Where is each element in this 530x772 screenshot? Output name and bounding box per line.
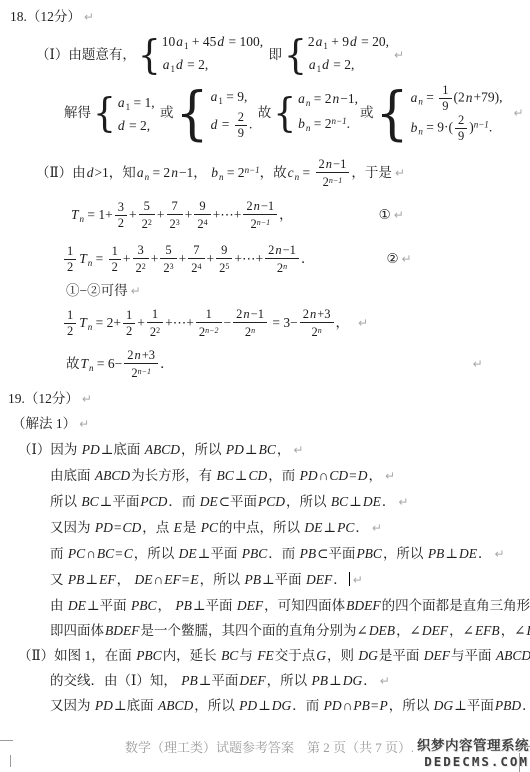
text-run: 2 <box>127 348 133 362</box>
cases-row: 2a1 + 9d = 20, <box>308 33 389 55</box>
math-superscript: 3 <box>176 218 180 227</box>
text-run: 所以 <box>50 494 80 509</box>
math-variable: BDEF <box>345 598 382 613</box>
text-run: ． <box>333 572 347 587</box>
math-superscript: 2 <box>142 262 146 271</box>
text-run: ，所以 <box>200 572 244 587</box>
math-variable: DE <box>362 494 382 509</box>
fraction-denominator: 2n−1 <box>243 215 277 231</box>
cases-rows: an = 19(2n+79),bn = 9·(29)n−1. <box>410 84 503 143</box>
text-run: ，所以 <box>134 546 178 561</box>
math-variable: PCD <box>257 494 286 509</box>
math-variable: DE <box>133 572 153 587</box>
math-variable: DG <box>271 698 293 713</box>
fraction-numerator: 2 <box>235 111 247 126</box>
text-run: （Ⅰ）由题意有， <box>36 47 136 62</box>
text-run: 7 <box>172 199 178 213</box>
fraction: 723 <box>167 200 183 231</box>
fraction: 2n+32n−1 <box>124 349 158 380</box>
math-variable: C <box>123 546 134 561</box>
doc-line: ①−②可得↵ <box>66 282 530 300</box>
text-run: 9 <box>458 129 464 143</box>
text-run: = 100, <box>225 34 263 49</box>
text-run: ， <box>279 207 293 222</box>
text-run: = <box>114 520 122 535</box>
text-run: = 2+ <box>92 315 121 330</box>
text-run: 2 <box>246 199 252 213</box>
math-variable: CD <box>328 468 349 483</box>
math-variable: PB <box>311 673 330 688</box>
return-mark-icon: ↵ <box>513 106 523 120</box>
math-variable: T <box>70 207 80 222</box>
math-variable: BC <box>216 468 235 483</box>
math-superscript: n−1 <box>257 218 270 227</box>
text-run: ． <box>522 698 530 713</box>
math-variable: PBC <box>241 546 269 561</box>
cases-row: 10a1 + 45d = 100, <box>162 33 263 55</box>
math-variable: n <box>170 165 179 180</box>
fraction-numerator: 3 <box>115 201 127 216</box>
text-run: 的中点，所以 <box>219 520 303 535</box>
math-variable: d <box>216 34 225 49</box>
cases-row: a1 = 9, <box>210 88 248 110</box>
text-run: 2 <box>303 307 309 321</box>
math-superscript: n <box>318 326 322 335</box>
text-run: ∩ <box>153 572 163 587</box>
math-variable: BC <box>80 494 99 509</box>
left-brace-icon: { <box>273 94 296 134</box>
text-run: 18.（12分） <box>10 9 81 24</box>
text-run: 或 <box>360 105 374 120</box>
math-variable: PB <box>174 598 193 613</box>
return-mark-icon: ↵ <box>380 674 390 688</box>
fraction: 12 <box>123 309 135 338</box>
fraction-denominator: 2 <box>115 216 127 230</box>
text-run: = <box>218 117 232 132</box>
return-mark-icon: ↵ <box>372 521 382 535</box>
math-superscript: n−1 <box>332 116 347 126</box>
doc-line: 由底面 ABCD为长方形，有 BC⊥CD，而 PD∩CD=D，↵ <box>50 467 530 485</box>
math-variable: P <box>379 698 389 713</box>
text-run: ，所以 <box>389 698 433 713</box>
cases-group: {an = 2n−1,bn = 2n−1. <box>273 90 358 137</box>
math-variable: PB <box>243 572 262 587</box>
text-run: = <box>423 90 437 105</box>
text-run: 1 <box>152 307 158 321</box>
document-page: 18.（12分）↵（Ⅰ）由题意有，{10a1 + 45d = 100,a1d =… <box>0 0 530 772</box>
fraction-denominator: 9 <box>455 129 467 143</box>
doc-line: （Ⅰ）由题意有，{10a1 + 45d = 100,a1d = 2, 即{2a1… <box>36 32 530 78</box>
math-variable: PD <box>238 698 258 713</box>
math-variable: D <box>357 468 369 483</box>
return-mark-icon: ↵ <box>495 547 505 561</box>
fraction: 724 <box>188 244 204 275</box>
fraction: 2n−12n <box>265 244 299 275</box>
fraction-numerator: 1 <box>64 309 76 324</box>
math-variable: ABCD <box>495 648 530 663</box>
doc-line: 所以 BC⊥平面PCD．而 DE⊂平面PCD，所以 BC⊥DE．↵ <box>50 493 530 511</box>
doc-line: 即四面体BDEF是一个鳖臑，其四个面的直角分别为∠DEB，∠DEF，∠EFB，∠… <box>50 622 530 640</box>
math-superscript: 4 <box>198 262 202 271</box>
text-run: ，∠ <box>501 623 526 638</box>
text-run: 又因为 <box>50 698 94 713</box>
math-variable: PBC <box>135 648 163 663</box>
math-variable: PD <box>94 698 114 713</box>
return-mark-icon: ↵ <box>394 208 404 222</box>
cases-rows: a1 = 1,d = 2, <box>117 94 155 134</box>
fraction-numerator: 2n+3 <box>124 349 158 364</box>
text-run: ①−②可得 <box>66 283 128 298</box>
fraction-numerator: 1 <box>109 245 121 260</box>
math-variable: PBC <box>130 598 158 613</box>
doc-line: 18.（12分）↵ <box>10 8 530 26</box>
text-run: −1 <box>283 243 296 257</box>
text-run: 是一个鳖臑，其四个面的直角分别为∠ <box>141 623 368 638</box>
text-cursor <box>349 572 350 586</box>
math-variable: ABCD <box>157 698 194 713</box>
doc-line: 的交线．由（Ⅰ）知， PB⊥平面DEF，所以 PB⊥DG．↵ <box>50 672 530 690</box>
text-run: 是平面 <box>379 648 423 663</box>
math-variable: n <box>465 90 474 105</box>
text-run: 7 <box>193 243 199 257</box>
text-run: 9 <box>442 99 448 113</box>
fraction: 12 <box>64 245 76 274</box>
text-run: 9 <box>238 126 244 140</box>
doc-line: 又因为 PD=CD，点 E是 PC的中点，所以 DE⊥PC．↵ <box>50 519 530 537</box>
crop-mark-left-horizontal <box>0 740 13 741</box>
doc-line: （解法 1）↵ <box>12 415 530 433</box>
text-run: 9 <box>199 199 205 213</box>
math-variable: DE <box>178 546 198 561</box>
math-variable: DEF <box>236 598 264 613</box>
footer-text: 数学（理工类）试题参考答案 第 2 页（共 7 页）.. <box>125 740 418 755</box>
text-run: ． <box>160 356 174 371</box>
return-mark-icon: ↵ <box>131 284 141 298</box>
fraction-denominator: 2n <box>300 323 334 339</box>
math-variable: n <box>134 348 142 362</box>
math-variable: PD <box>323 698 343 713</box>
math-variable: n <box>325 157 333 171</box>
text-run: + <box>123 251 131 266</box>
text-run: 交于点 <box>275 648 316 663</box>
text-run: = <box>371 698 379 713</box>
text-run: 由 <box>50 598 67 613</box>
text-run: ⊥ <box>323 520 336 535</box>
text-run: 又因为 <box>50 520 94 535</box>
text-run: （Ⅱ）如图 1，在面 <box>18 648 135 663</box>
math-variable: EFB <box>474 623 501 638</box>
text-run: +⋯+ <box>165 315 194 330</box>
text-run: ，所以 <box>181 442 225 457</box>
text-run: ⊥底面 <box>114 698 157 713</box>
text-run: ． <box>478 546 492 561</box>
text-run: ． <box>301 251 315 266</box>
fraction: 2n−12n−1 <box>243 200 277 231</box>
math-superscript: 4 <box>204 218 208 227</box>
text-run: 2 <box>458 113 464 127</box>
math-variable: T <box>80 356 90 371</box>
fraction: 2n−12n <box>233 308 267 339</box>
doc-line: Tn = 1+32+522+723+924+⋯+2n−12n−1，①↵ <box>70 196 530 234</box>
text-run: ，∠ <box>449 623 474 638</box>
crop-mark-right-vertical <box>519 753 520 772</box>
fraction-numerator: 9 <box>194 200 210 215</box>
fraction-denominator: 2n−1 <box>316 173 350 189</box>
text-run: ．而 <box>268 546 298 561</box>
text-run: +⋯+ <box>213 207 242 222</box>
text-run: 解得 <box>64 105 91 120</box>
fraction: 29 <box>455 114 467 143</box>
text-run: ⊥平面 <box>454 698 494 713</box>
text-run: = <box>349 468 357 483</box>
return-mark-icon: ↵ <box>353 573 363 587</box>
left-brace-icon: { <box>284 36 307 76</box>
cases-group: {an = 19(2n+79),bn = 9·(29)n−1. <box>376 84 503 143</box>
text-run: + 9 <box>328 34 349 49</box>
text-run: + <box>179 251 187 266</box>
text-run: 内，延长 <box>163 648 220 663</box>
math-superscript: n−1 <box>138 367 151 376</box>
math-variable: a <box>162 57 171 72</box>
math-variable: DEB <box>368 623 396 638</box>
math-superscript: 2 <box>156 326 160 335</box>
text-run: ，则 <box>327 648 357 663</box>
text-run: ，于是 <box>351 165 392 180</box>
text-run: 2 <box>319 157 325 171</box>
text-run: 即四面体 <box>50 623 104 638</box>
text-run: 由底面 <box>50 468 94 483</box>
text-run: + <box>137 315 145 330</box>
text-run: ① <box>379 207 391 222</box>
math-variable: DEF <box>305 572 333 587</box>
text-run: ，而 <box>268 468 298 483</box>
text-run: 2 <box>308 34 315 49</box>
text-run: ， <box>277 442 291 457</box>
text-run: ．而 <box>168 494 198 509</box>
fraction-numerator: 2 <box>455 114 467 129</box>
math-variable: PD <box>81 442 101 457</box>
text-run: = <box>92 251 106 266</box>
fraction: 32 <box>115 201 127 230</box>
math-variable: a <box>117 95 126 110</box>
text-run: ⊥平面 <box>198 546 241 561</box>
cases-group: {2a1 + 9d = 20,a1d = 2, <box>284 33 389 78</box>
text-run: ，故 <box>260 165 287 180</box>
fraction-denominator: 2 <box>109 260 121 274</box>
text-run: ⊥平面 <box>193 598 236 613</box>
math-variable: d <box>175 57 184 72</box>
text-run: 为长方形，有 <box>131 468 215 483</box>
doc-line: 故Tn = 6−2n+32n−1．↵ <box>66 346 530 382</box>
text-run: ⊥ <box>85 572 98 587</box>
text-run: = 2, <box>330 57 355 72</box>
doc-line: 又因为 PD⊥底面 ABCD，所以 PD⊥DG．而 PD∩PB=P，所以 DG⊥… <box>50 697 530 715</box>
math-variable: BC <box>96 546 115 561</box>
return-mark-icon: ↵ <box>79 417 89 431</box>
text-run: (2 <box>454 90 465 105</box>
text-run: +3 <box>317 307 330 321</box>
left-brace-icon: { <box>376 85 409 143</box>
fraction-numerator: 5 <box>139 200 155 215</box>
math-superscript: n−2 <box>205 326 218 335</box>
fraction: 322 <box>133 244 149 275</box>
text-run: = 9·( <box>423 120 453 135</box>
fraction-numerator: 2n−1 <box>243 200 277 215</box>
cases-row: a1d = 2, <box>162 56 209 78</box>
text-run: −1 <box>251 307 264 321</box>
cases-group: {a1 = 1,d = 2, <box>93 94 155 134</box>
math-variable: n <box>274 243 282 257</box>
text-run: ⊥ <box>329 673 342 688</box>
text-run: 3 <box>138 243 144 257</box>
math-variable: PC <box>200 520 219 535</box>
return-mark-icon: ↵ <box>293 443 303 457</box>
fraction-denominator: 9 <box>439 99 451 113</box>
fraction-denominator: 25 <box>216 259 232 275</box>
text-run: 与平面 <box>451 648 495 663</box>
text-run: −1， <box>179 165 210 180</box>
fraction-denominator: 22 <box>133 259 149 275</box>
math-variable: PC <box>336 520 355 535</box>
text-run: ⊥平面 <box>262 572 305 587</box>
math-variable: b <box>297 116 306 131</box>
text-run: ， <box>117 572 134 587</box>
text-run: 1 <box>126 308 132 322</box>
text-run: 而 <box>50 546 67 561</box>
text-run: = 9, <box>223 89 248 104</box>
fraction: 2n−12n−1 <box>316 158 350 189</box>
math-variable: PB <box>299 546 318 561</box>
math-superscript: n−1 <box>245 165 260 175</box>
crop-mark-left-vertical <box>10 755 11 767</box>
text-run: = <box>115 546 123 561</box>
doc-line: 又 PB⊥EF， DE∩EF=E，所以 PB⊥平面 DEF．↵ <box>50 571 530 589</box>
text-run: ⊥ <box>245 442 258 457</box>
math-variable: c <box>287 165 295 180</box>
math-variable: DFB <box>526 623 530 638</box>
text-run: 2 <box>118 216 124 230</box>
math-variable: EF <box>98 572 117 587</box>
fraction-numerator: 2n−1 <box>265 244 299 259</box>
math-variable: d <box>117 118 126 133</box>
math-variable: E <box>173 520 183 535</box>
text-run: ⊥底面 <box>101 442 144 457</box>
math-variable: BDEF <box>104 623 141 638</box>
math-superscript: n−1 <box>474 120 489 130</box>
text-run: 与 <box>239 648 256 663</box>
answer-document-body: 18.（12分）↵（Ⅰ）由题意有，{10a1 + 45d = 100,a1d =… <box>0 8 530 715</box>
fraction-numerator: 7 <box>188 244 204 259</box>
text-run: = <box>299 165 313 180</box>
math-variable: ABCD <box>144 442 181 457</box>
text-run: 2 <box>126 324 132 338</box>
text-run: ⊥ <box>258 698 271 713</box>
doc-line: 而 PC∩BC=C，所以 DE⊥平面 PBC．而 PB⊂平面PBC，所以 PB⊥… <box>50 545 530 563</box>
return-mark-icon: ↵ <box>394 48 404 62</box>
text-run: 3 <box>118 200 124 214</box>
text-run: ∩ <box>86 546 96 561</box>
math-variable: DE <box>199 494 219 509</box>
text-run: + <box>207 251 215 266</box>
text-run: 是 <box>183 520 200 535</box>
text-run: ⊥ <box>349 494 362 509</box>
cases-group: {a1 = 9,d = 29. <box>176 88 253 140</box>
cases-row: a1d = 2, <box>308 56 355 78</box>
doc-line: （Ⅱ）由d>1，知an = 2n−1， bn = 2n−1，故cn = 2n−1… <box>36 150 530 190</box>
text-run: = 2, <box>126 118 151 133</box>
text-run: 5 <box>165 243 171 257</box>
text-run: ，所以 <box>267 673 311 688</box>
text-run: 19.（12分） <box>8 391 79 406</box>
math-variable: DE <box>67 598 87 613</box>
fraction-denominator: 22 <box>139 215 155 231</box>
text-run: ． <box>355 520 369 535</box>
math-variable: ABCD <box>94 468 131 483</box>
text-run: ∩ <box>343 698 353 713</box>
text-run: ⊂平面 <box>219 494 257 509</box>
math-variable: DEF <box>421 623 449 638</box>
fraction-numerator: 2n−1 <box>316 158 350 173</box>
text-run: （解法 1） <box>12 416 76 431</box>
doc-line: （Ⅰ）因为 PD⊥底面 ABCD，所以 PD⊥BC，↵ <box>18 441 530 459</box>
math-variable: DE <box>303 520 323 535</box>
math-variable: DEF <box>423 648 451 663</box>
math-variable: E <box>189 572 199 587</box>
text-run: 故 <box>66 356 80 371</box>
fraction-numerator: 1 <box>64 245 76 260</box>
doc-line: 12Tn = 2+12+122+⋯+12n−2−2n−12n = 3−2n+32… <box>62 302 530 344</box>
text-run: . <box>347 116 350 131</box>
fraction-numerator: 7 <box>167 200 183 215</box>
text-run: 1 <box>442 83 448 97</box>
math-variable: n <box>332 91 341 106</box>
math-variable: PB <box>352 698 371 713</box>
text-run: 2 <box>238 110 244 124</box>
text-run: ，可知四面体 <box>264 598 345 613</box>
text-run: ⊂平面 <box>317 546 355 561</box>
text-run: ， <box>157 598 174 613</box>
fraction-denominator: 2n <box>233 323 267 339</box>
text-run: 1 <box>112 244 118 258</box>
math-superscript: 3 <box>170 262 174 271</box>
fraction: 12 <box>64 309 76 338</box>
text-run: = 3− <box>269 315 298 330</box>
text-run: + <box>151 251 159 266</box>
cases-rows: 10a1 + 45d = 100,a1d = 2, <box>162 33 263 78</box>
text-run: >1，知 <box>94 165 135 180</box>
text-run: 即 <box>265 47 282 62</box>
math-variable: DEF <box>238 673 266 688</box>
math-variable: a <box>175 34 184 49</box>
watermark-line1: 织梦内容管理系统 <box>417 738 529 754</box>
fraction-denominator: 2 <box>64 324 76 338</box>
text-run: −1, <box>340 91 358 106</box>
text-run: + <box>129 207 137 222</box>
fraction-denominator: 24 <box>194 215 210 231</box>
fraction-numerator: 3 <box>133 244 149 259</box>
fraction-denominator: 2 <box>123 324 135 338</box>
math-variable: T <box>78 315 88 330</box>
return-mark-icon: ↵ <box>398 495 408 509</box>
text-run: = 2 <box>149 165 170 180</box>
left-brace-icon: { <box>138 36 161 76</box>
text-run: ⊥平面 <box>199 673 239 688</box>
text-run: . <box>249 117 252 132</box>
text-run: ，所以 <box>383 546 427 561</box>
math-variable: PD <box>299 468 319 483</box>
math-variable: PB <box>180 673 199 688</box>
text-run: ⊥ <box>235 468 248 483</box>
